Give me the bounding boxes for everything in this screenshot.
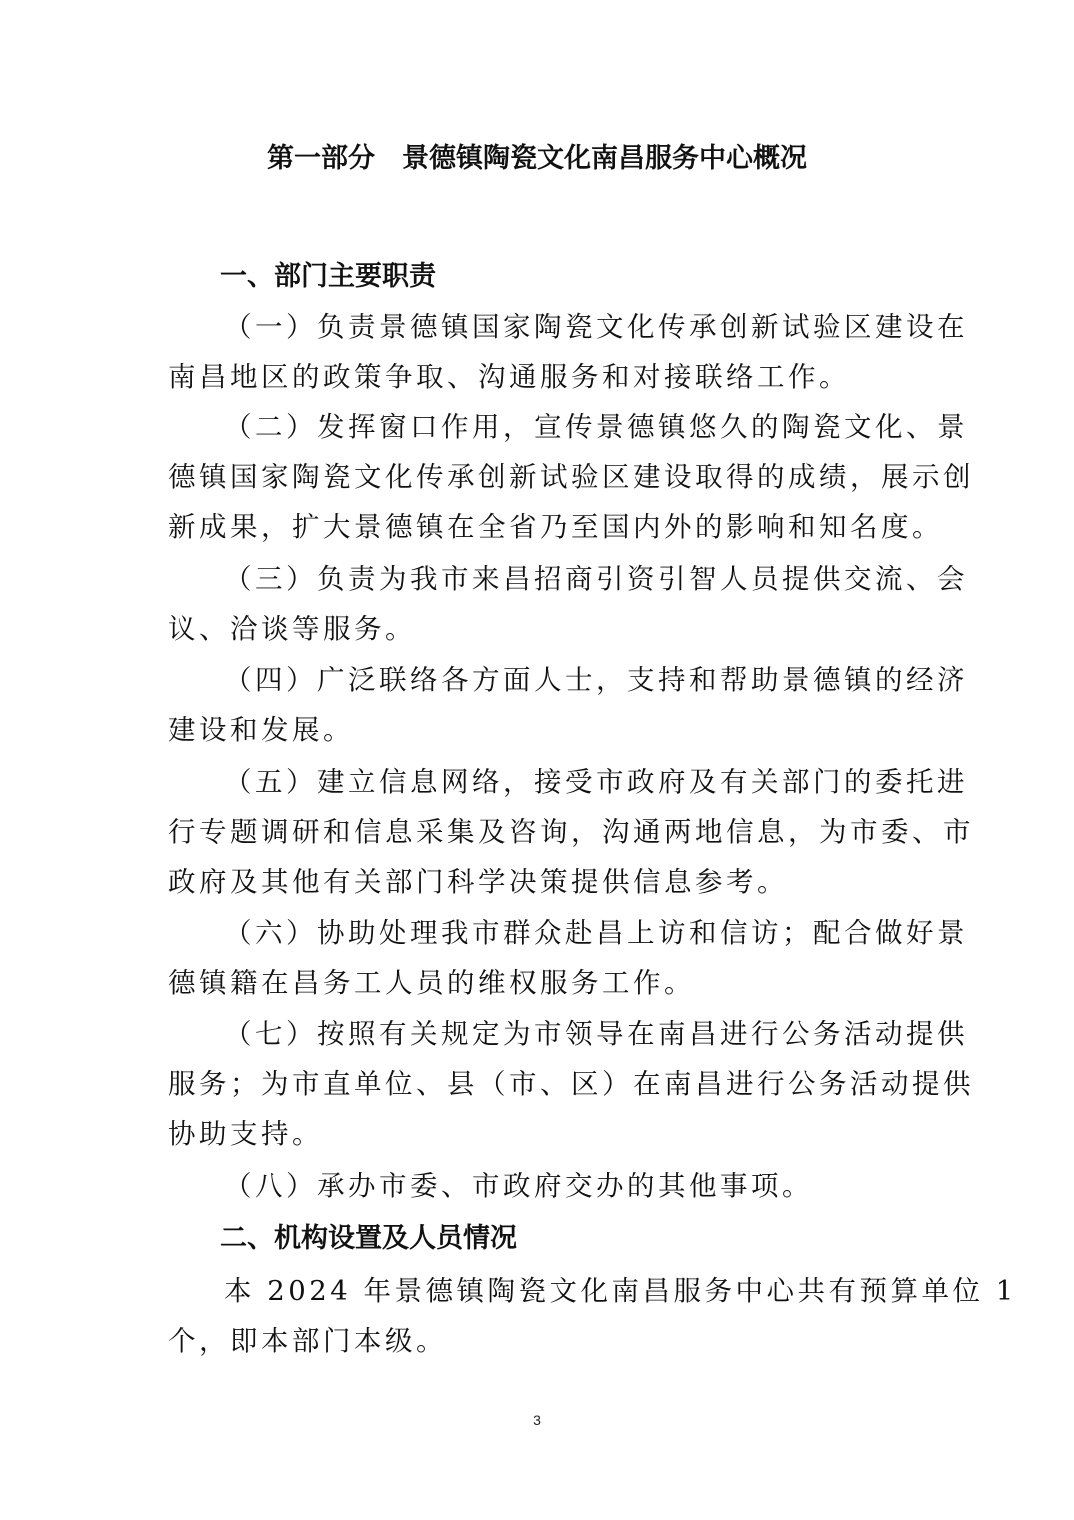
paragraph-line: （六）协助处理我市群众赴昌上访和信访；配合做好景 [168, 908, 914, 958]
paragraph-line: （二）发挥窗口作用，宣传景德镇悠久的陶瓷文化、景 [168, 402, 914, 452]
paragraph-line: 政府及其他有关部门科学决策提供信息参考。 [168, 857, 914, 907]
paragraph-line: 个，即本部门本级。 [168, 1316, 914, 1366]
document-page: 第一部分 景德镇陶瓷文化南昌服务中心概况 一、部门主要职责 （一）负责景德镇国家… [0, 0, 1074, 1520]
paragraph-line: （七）按照有关规定为市领导在南昌进行公务活动提供 [168, 1009, 914, 1059]
paragraph-line: 新成果，扩大景德镇在全省乃至国内外的影响和知名度。 [168, 502, 914, 552]
paragraph-line: （五）建立信息网络，接受市政府及有关部门的委托进 [168, 757, 914, 807]
paragraph-line: 德镇籍在昌务工人员的维权服务工作。 [168, 958, 914, 1008]
paragraph-line: （四）广泛联络各方面人士，支持和帮助景德镇的经济 [168, 655, 914, 705]
page-title: 第一部分 景德镇陶瓷文化南昌服务中心概况 [0, 136, 1074, 175]
paragraph-line: （八）承办市委、市政府交办的其他事项。 [168, 1161, 914, 1211]
paragraph-line: 协助支持。 [168, 1109, 914, 1159]
paragraph-line: （一）负责景德镇国家陶瓷文化传承创新试验区建设在 [168, 302, 914, 352]
paragraph-line: 服务；为市直单位、县（市、区）在南昌进行公务活动提供 [168, 1059, 914, 1109]
paragraph-line: 行专题调研和信息采集及咨询，沟通两地信息，为市委、市 [168, 807, 914, 857]
paragraph-line: 议、洽谈等服务。 [168, 604, 914, 654]
page-number: 3 [0, 1412, 1074, 1428]
paragraph-line: 本 2024 年景德镇陶瓷文化南昌服务中心共有预算单位 1 [168, 1266, 914, 1316]
paragraph-line: （三）负责为我市来昌招商引资引智人员提供交流、会 [168, 554, 914, 604]
section-heading-duties: 一、部门主要职责 [220, 252, 436, 302]
paragraph-line: 德镇国家陶瓷文化传承创新试验区建设取得的成绩，展示创 [168, 452, 914, 502]
paragraph-line: 建设和发展。 [168, 705, 914, 755]
section-heading-organization: 二、机构设置及人员情况 [220, 1214, 517, 1264]
paragraph-line: 南昌地区的政策争取、沟通服务和对接联络工作。 [168, 352, 914, 402]
